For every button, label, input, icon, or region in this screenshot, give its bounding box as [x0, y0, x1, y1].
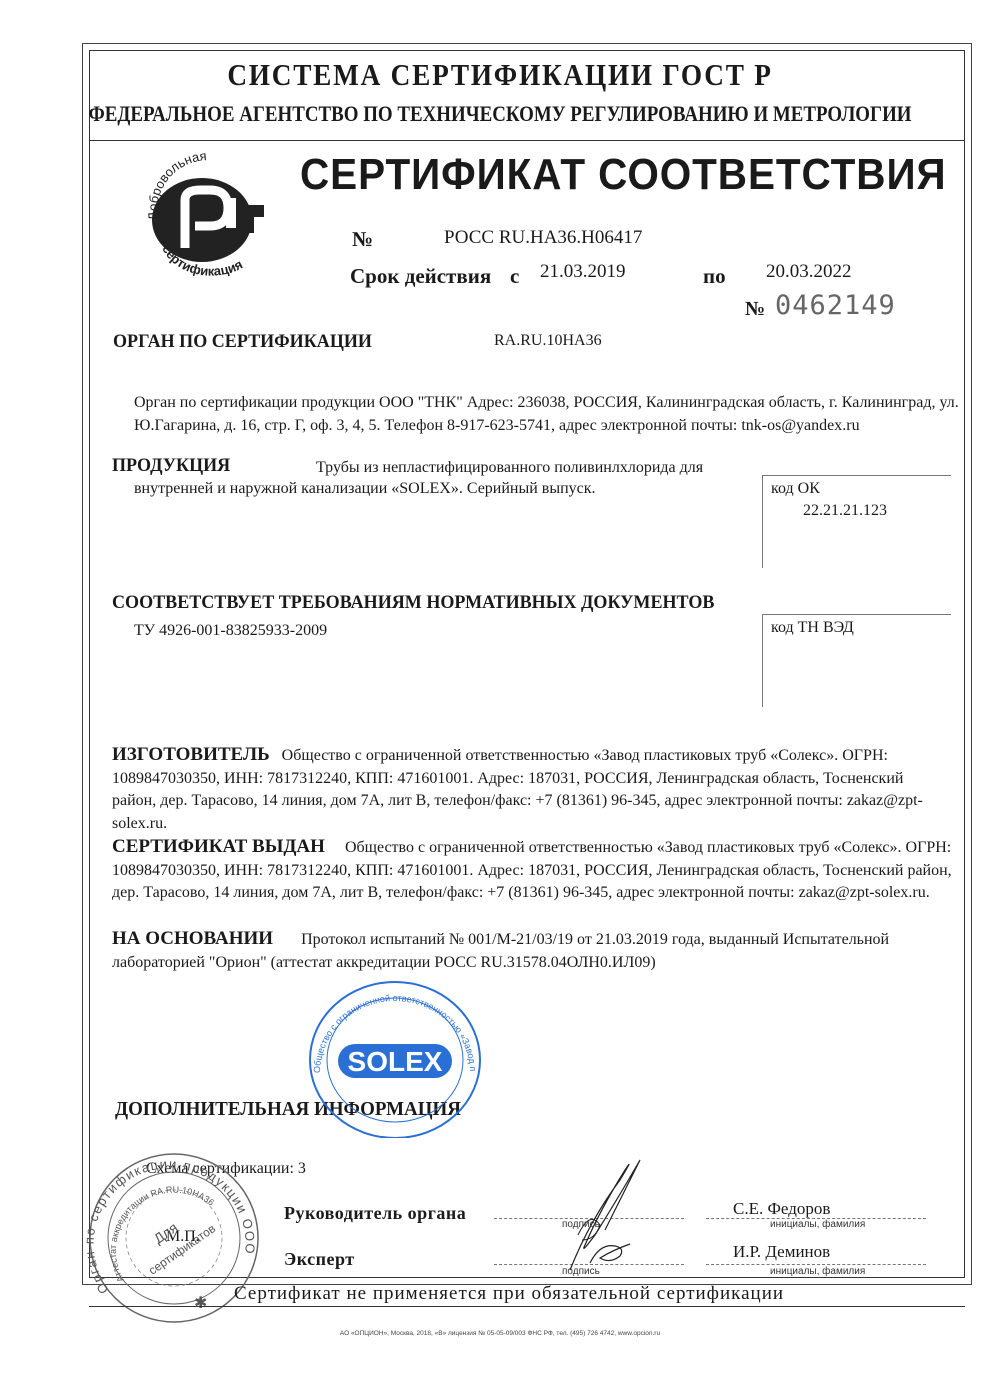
certification-body-description: Орган по сертификации продукции ООО "ТНК…: [134, 392, 960, 437]
certification-scheme: Схема сертификации: 3: [146, 1158, 306, 1180]
tn-ved-code-box: код ТН ВЭД: [762, 614, 951, 707]
ok-code-label: код ОК: [771, 480, 820, 498]
serial-number: 0462149: [775, 290, 896, 321]
footer-note: Сертификат не применяется при обязательн…: [234, 1283, 784, 1305]
expert-name: И.Р. Деминов: [733, 1242, 830, 1262]
expert-signature-caption: подпись: [562, 1266, 600, 1277]
head-name-caption: инициалы, фамилия: [770, 1219, 865, 1230]
head-signature-caption: подпись: [562, 1219, 600, 1230]
ok-code-value: 22.21.21.123: [803, 502, 887, 520]
certification-body-label: ОРГАН ПО СЕРТИФИКАЦИИ: [113, 331, 372, 353]
expert-label: Эксперт: [284, 1249, 355, 1270]
tn-ved-label: код ТН ВЭД: [771, 619, 854, 637]
valid-to-label: по: [703, 264, 726, 289]
basis-label: НА ОСНОВАНИИ: [112, 928, 273, 949]
ok-code-box: код ОК 22.21.21.123: [762, 475, 951, 568]
certificate-title: СЕРТИФИКАТ СООТВЕТСТВИЯ: [300, 150, 946, 200]
compliance-document: ТУ 4926-001-83825933-2009: [134, 620, 327, 642]
manufacturer-block: ИЗГОТОВИТЕЛЬ Общество с ограниченной отв…: [112, 744, 948, 835]
basis-block: НА ОСНОВАНИИ Протокол испытаний № 001/М-…: [112, 928, 942, 974]
manufacturer-label: ИЗГОТОВИТЕЛЬ: [112, 744, 270, 765]
header-divider: [89, 140, 965, 141]
expert-name-caption: инициалы, фамилия: [770, 1266, 865, 1277]
serial-label: №: [745, 298, 765, 321]
compliance-label: СООТВЕТСТВУЕТ ТРЕБОВАНИЯМ НОРМАТИВНЫХ ДО…: [112, 592, 714, 614]
validity-label: Срок действия: [350, 264, 491, 289]
agency-name: ФЕДЕРАЛЬНОЕ АГЕНТСТВО ПО ТЕХНИЧЕСКОМУ РЕ…: [70, 101, 930, 127]
additional-info-label: ДОПОЛНИТЕЛЬНАЯ ИНФОРМАЦИЯ: [115, 1098, 461, 1121]
product-line-1: Трубы из непластифицированного поливинлх…: [316, 457, 703, 479]
rst-logo-icon: Добровольная сертификация: [140, 150, 275, 280]
number-label: №: [352, 227, 373, 252]
print-info: АО «ОПЦИОН», Москва, 2018, «В» лицензия …: [0, 1330, 1000, 1337]
expert-name-line: [706, 1264, 926, 1265]
valid-from-date: 21.03.2019: [540, 261, 626, 283]
certificate-number: РОСС RU.НА36.Н06417: [444, 227, 642, 249]
svg-text:✱: ✱: [194, 1295, 207, 1312]
product-line-2: внутренней и наружной канализации «SOLEX…: [134, 478, 596, 500]
footer-divider: [89, 1306, 965, 1307]
issued-to-block: СЕРТИФИКАТ ВЫДАН Общество с ограниченной…: [112, 836, 952, 905]
head-of-body-label: Руководитель органа: [284, 1203, 466, 1224]
expert-signature-line: [494, 1264, 684, 1265]
system-title: СИСТЕМА СЕРТИФИКАЦИИ ГОСТ Р: [60, 57, 940, 93]
seal-place: М.П.: [166, 1226, 200, 1248]
certification-body-code: RA.RU.10НА36: [494, 332, 602, 350]
valid-to-date: 20.03.2022: [766, 261, 852, 283]
valid-from-label: с: [510, 264, 519, 289]
product-label: ПРОДУКЦИЯ: [112, 455, 230, 477]
issued-to-label: СЕРТИФИКАТ ВЫДАН: [112, 836, 325, 857]
head-name: С.Е. Федоров: [733, 1199, 830, 1219]
